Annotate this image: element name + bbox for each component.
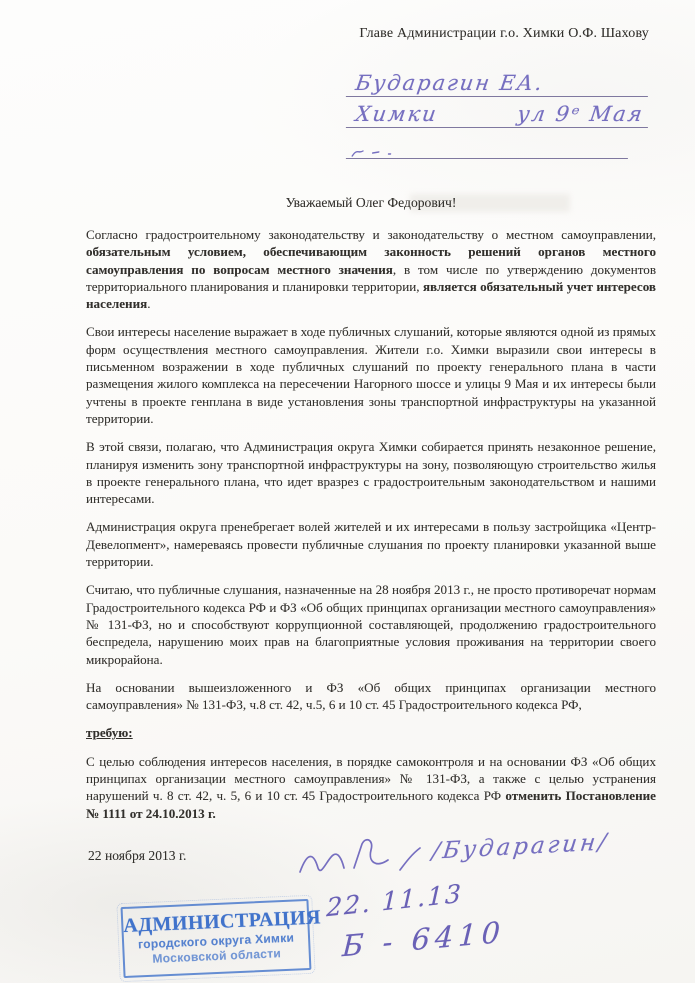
paragraphs: Согласно градостроительному законодатель… — [86, 226, 656, 833]
handwritten-header: Бударагин ЕА. Химки ул 9ᵉ Мая — [348, 66, 650, 159]
paragraph: Свои интересы население выражает в ходе … — [86, 323, 656, 427]
paragraph: На основании вышеизложенного и ФЗ «Об об… — [86, 679, 656, 714]
paragraph-segment: На основании вышеизложенного и ФЗ «Об об… — [86, 680, 656, 712]
handwritten-address-line: Химки ул 9ᵉ Мая — [346, 97, 652, 128]
paragraph-segment: требую: — [86, 725, 133, 740]
paragraph-segment: Свои интересы население выражает в ходе … — [86, 324, 656, 425]
handwritten-name: Бударагин ЕА. — [354, 71, 545, 95]
salutation: Уважаемый Олег Федорович! — [86, 195, 656, 211]
handwritten-city: Химки — [354, 102, 439, 126]
paragraph-segment: Согласно градостроительному законодатель… — [86, 227, 656, 242]
pen-mark — [348, 144, 410, 160]
administration-stamp: АДМИНИСТРАЦИЯ городского округа Химки Мо… — [121, 899, 312, 978]
date-line: 22 ноября 2013 г. — [88, 848, 186, 864]
paragraph: Согласно градостроительному законодатель… — [86, 226, 656, 312]
signature-name: /Бударагин/ — [431, 829, 611, 864]
paragraph: Считаю, что публичные слушания, назначен… — [86, 581, 656, 667]
paragraph-segment: Считаю, что публичные слушания, назначен… — [86, 582, 656, 666]
paragraph-segment: . — [147, 296, 150, 311]
paragraph: требую: — [86, 724, 656, 741]
paragraph: В этой связи, полагаю, что Администрация… — [86, 438, 656, 507]
paragraph: С целью соблюдения интересов населения, … — [86, 753, 656, 822]
registration-number: Б - 6410 — [341, 915, 506, 964]
scanned-letter-page: Главе Администрации г.о. Химки О.Ф. Шахо… — [0, 0, 695, 983]
paragraph: Администрация округа пренебрегает волей … — [86, 518, 656, 570]
paragraph-segment: Администрация округа пренебрегает волей … — [86, 519, 656, 569]
handwritten-name-line: Бударагин ЕА. — [346, 66, 652, 97]
handwritten-redacted-line — [346, 128, 632, 159]
addressee-line: Главе Администрации г.о. Химки О.Ф. Шахо… — [359, 26, 649, 42]
signature-flourish — [296, 834, 426, 886]
handwritten-street: ул 9ᵉ Мая — [516, 102, 646, 126]
paragraph-segment: В этой связи, полагаю, что Администрация… — [86, 439, 656, 506]
